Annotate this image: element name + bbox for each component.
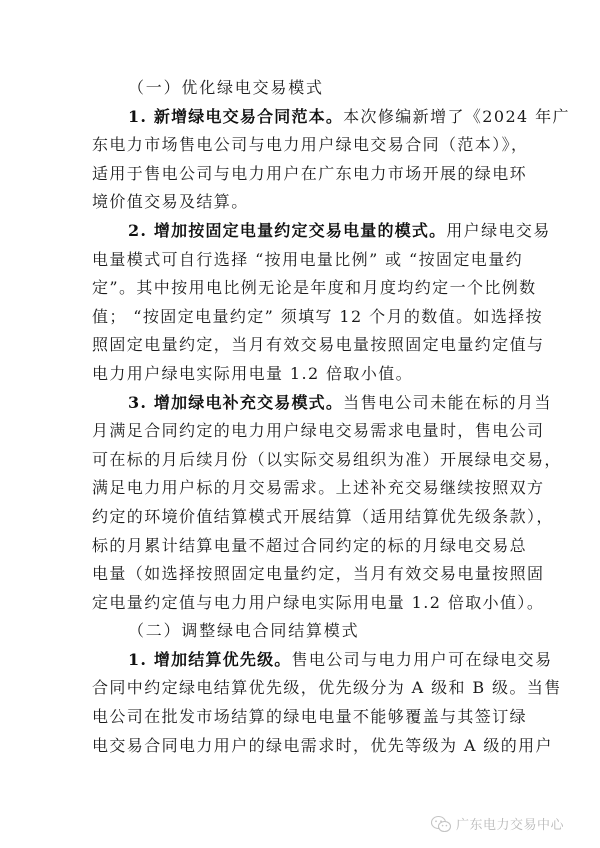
paragraph-lead: 1. 增加结算优先级。 xyxy=(128,650,291,669)
paragraph-4-line-4: 电交易合同电力用户的绿电需求时，优先等级为 A 级的用户 xyxy=(92,732,508,761)
wechat-icon xyxy=(430,815,452,833)
paragraph-text: 售电公司与电力用户可在绿电交易 xyxy=(291,650,552,669)
paragraph-1-line-4: 境价值交易及结算。 xyxy=(92,188,508,217)
paragraph-2-line-3: 定”。其中按用电比例无论是年度和月度均约定一个比例数 xyxy=(92,274,508,303)
paragraph-lead: 3. 增加绿电补充交易模式。 xyxy=(128,393,343,412)
paragraph-1-line-2: 东电力市场售电公司与电力用户绿电交易合同（范本）》， xyxy=(92,131,508,160)
paragraph-text: 用户绿电交易 xyxy=(446,221,550,240)
section-heading-1: （一）优化绿电交易模式 xyxy=(92,74,508,103)
paragraph-3-line-2: 月满足合同约定的电力用户绿电交易需求电量时，售电公司 xyxy=(92,417,508,446)
section-heading-2: （二）调整绿电合同结算模式 xyxy=(92,617,508,646)
paragraph-2-line-4: 值； “按固定电量约定” 须填写 12 个月的数值。如选择按 xyxy=(92,303,508,332)
paragraph-2-line-1: 2. 增加按固定电量约定交易电量的模式。用户绿电交易 xyxy=(92,217,508,246)
paragraph-1-line-1: 1. 新增绿电交易合同范本。本次修编新增了《2024 年广 xyxy=(92,103,508,132)
document-page: （一）优化绿电交易模式 1. 新增绿电交易合同范本。本次修编新增了《2024 年… xyxy=(0,0,600,848)
paragraph-3-line-3: 可在标的月后续月份（以实际交易组织为准）开展绿电交易， xyxy=(92,446,508,475)
paragraph-lead: 1. 新增绿电交易合同范本。 xyxy=(128,107,343,126)
paragraph-4-line-2: 合同中约定绿电结算优先级，优先级分为 A 级和 B 级。当售 xyxy=(92,674,508,703)
document-body: （一）优化绿电交易模式 1. 新增绿电交易合同范本。本次修编新增了《2024 年… xyxy=(92,74,508,760)
paragraph-text: 当售电公司未能在标的月当 xyxy=(343,393,552,412)
paragraph-3-line-7: 电量（如选择按照固定电量约定，当月有效交易电量按照固 xyxy=(92,560,508,589)
paragraph-text: 本次修编新增了《2024 年广 xyxy=(343,107,570,126)
paragraph-3-line-5: 约定的环境价值结算模式开展结算（适用结算优先级条款）， xyxy=(92,503,508,532)
paragraph-3-line-1: 3. 增加绿电补充交易模式。当售电公司未能在标的月当 xyxy=(92,389,508,418)
paragraph-4-line-1: 1. 增加结算优先级。售电公司与电力用户可在绿电交易 xyxy=(92,646,508,675)
paragraph-2-line-6: 电力用户绿电实际用电量 1.2 倍取小值。 xyxy=(92,360,508,389)
paragraph-3-line-8: 定电量约定值与电力用户绿电实际用电量 1.2 倍取小值）。 xyxy=(92,589,508,618)
paragraph-3-line-6: 标的月累计结算电量不超过合同约定的标的月绿电交易总 xyxy=(92,532,508,561)
paragraph-1-line-3: 适用于售电公司与电力用户在广东电力市场开展的绿电环 xyxy=(92,160,508,189)
paragraph-2-line-2: 电量模式可自行选择 “按用电量比例” 或 “按固定电量约 xyxy=(92,246,508,275)
source-watermark: 广东电力交易中心 xyxy=(430,814,564,833)
watermark-text: 广东电力交易中心 xyxy=(456,814,564,833)
paragraph-lead: 2. 增加按固定电量约定交易电量的模式。 xyxy=(128,221,446,240)
paragraph-3-line-4: 满足电力用户标的月交易需求。上述补充交易继续按照双方 xyxy=(92,474,508,503)
paragraph-4-line-3: 电公司在批发市场结算的绿电电量不能够覆盖与其签订绿 xyxy=(92,703,508,732)
paragraph-2-line-5: 照固定电量约定，当月有效交易电量按照固定电量约定值与 xyxy=(92,331,508,360)
